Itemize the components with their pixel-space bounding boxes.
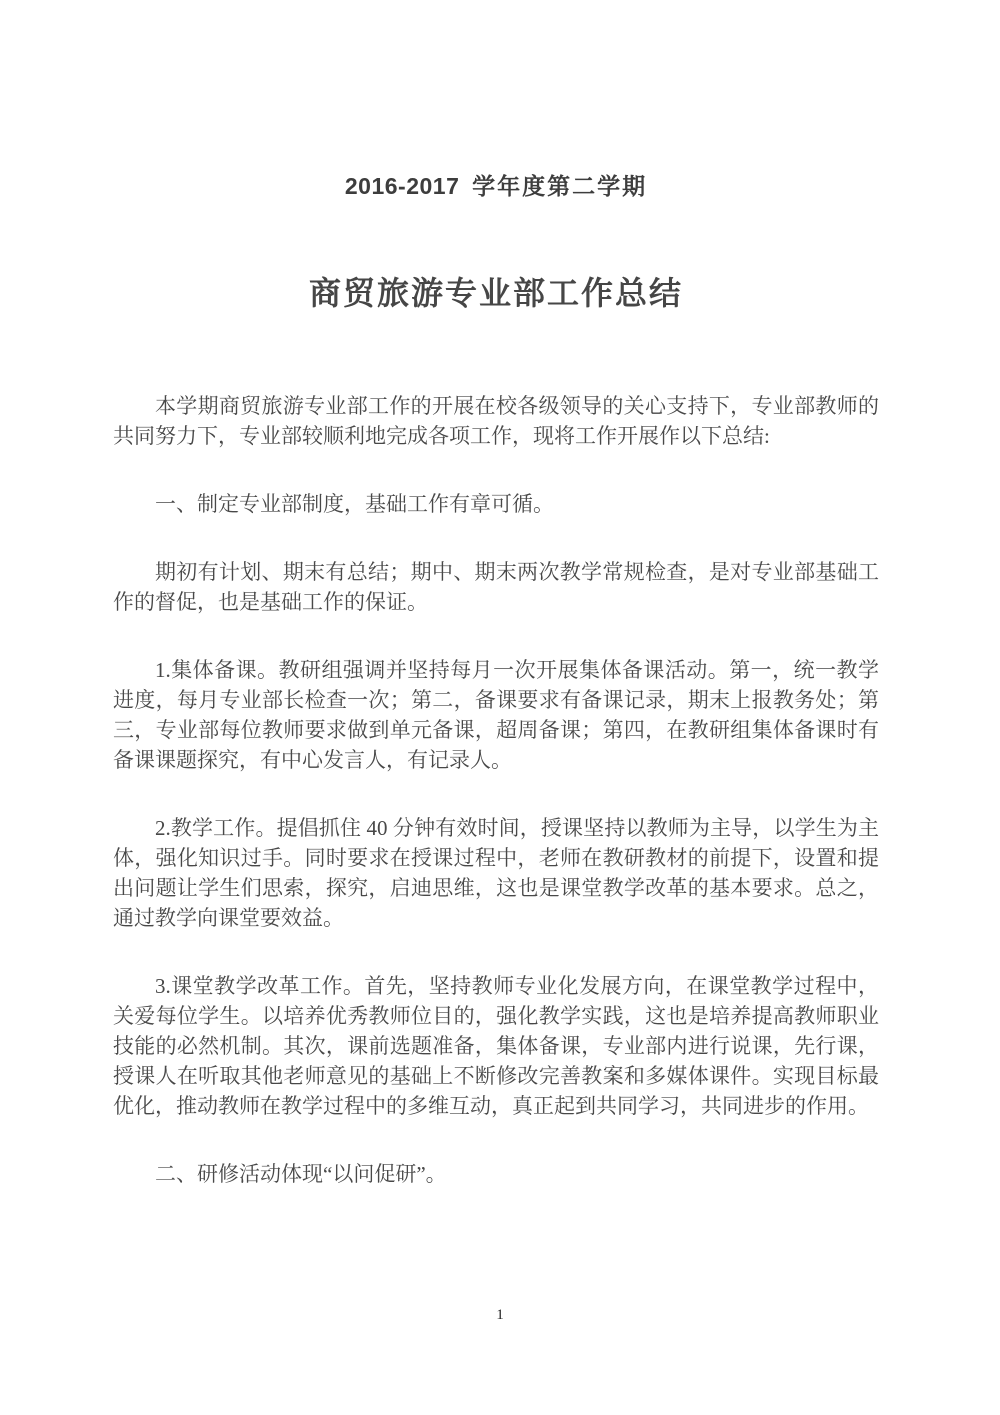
paragraph-item3-classroom-reform: 3.课堂教学改革工作。首先，坚持教师专业化发展方向，在课堂教学过程中，关爱每位学… xyxy=(113,971,879,1121)
page-number: 1 xyxy=(0,1305,1000,1325)
document-title-term: 学年度第二学期 xyxy=(472,174,647,199)
paragraph-section1-overview: 期初有计划、期末有总结；期中、期末两次教学常规检查，是对专业部基础工作的督促，也… xyxy=(113,557,879,617)
section-heading-2: 二、研修活动体现“以问促研”。 xyxy=(113,1159,879,1189)
document-content: 2016-2017 学年度第二学期 商贸旅游专业部工作总结 本学期商贸旅游专业部… xyxy=(0,170,1000,1189)
paragraph-item2-teaching-work: 2.教学工作。提倡抓住 40 分钟有效时间，授课坚持以教师为主导，以学生为主体，… xyxy=(113,813,879,933)
document-title-year-range: 2016-2017 xyxy=(345,173,460,199)
document-body: 本学期商贸旅游专业部工作的开展在校各级领导的关心支持下，专业部教师的共同努力下，… xyxy=(113,391,879,1189)
paragraph-item1-collective-lesson-prep: 1.集体备课。教研组强调并坚持每月一次开展集体备课活动。第一，统一教学进度，每月… xyxy=(113,655,879,775)
section-heading-1: 一、制定专业部制度，基础工作有章可循。 xyxy=(113,489,879,519)
paragraph-intro: 本学期商贸旅游专业部工作的开展在校各级领导的关心支持下，专业部教师的共同努力下，… xyxy=(113,391,879,451)
document-title: 2016-2017 学年度第二学期 xyxy=(113,170,879,203)
document-subtitle: 商贸旅游专业部工作总结 xyxy=(113,271,879,315)
document-page: 2016-2017 学年度第二学期 商贸旅游专业部工作总结 本学期商贸旅游专业部… xyxy=(0,0,1000,1415)
